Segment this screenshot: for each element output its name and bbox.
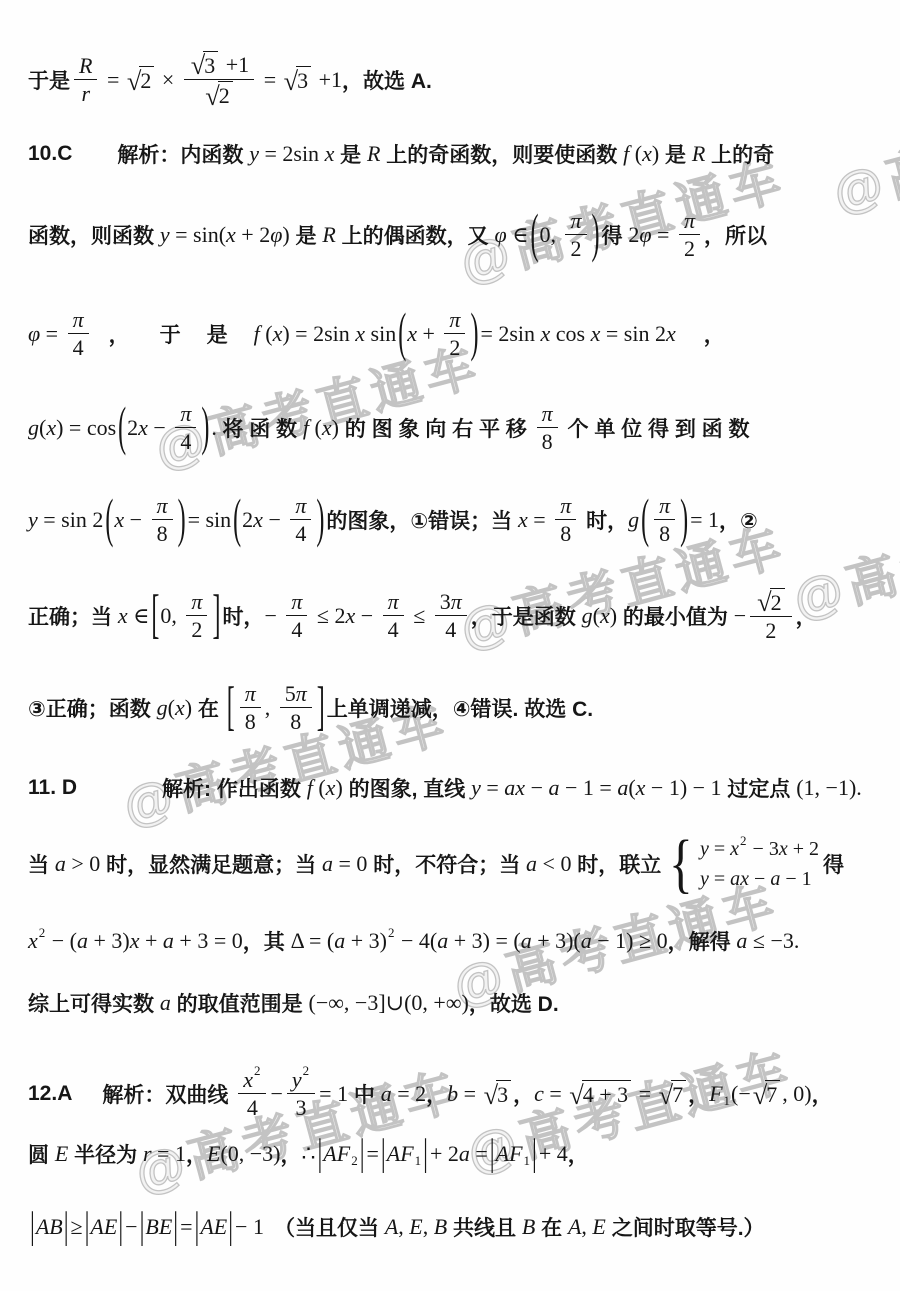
math-run: +1 — [220, 52, 249, 77]
math-letter: a — [504, 775, 515, 800]
open-delimiter: [ — [227, 681, 235, 735]
delimited-content: x + π2 — [407, 307, 469, 361]
math-letter: y — [700, 868, 709, 890]
delimited-content: 0, π2 — [160, 589, 211, 643]
math-letter: g — [628, 507, 639, 532]
brace-icon: { — [669, 836, 693, 892]
text-line: x2 − (a + 3)x + a + 3 = 0，其 Δ = (a + 3)2… — [28, 926, 799, 956]
text-run: ，所以 — [704, 220, 767, 250]
math-run: 4 — [295, 521, 306, 546]
numerator: π — [555, 493, 576, 520]
text-run: ， — [186, 1139, 207, 1169]
math-run: π — [659, 493, 670, 518]
text-run: 的 图 象 向 右 平 移 — [339, 413, 533, 443]
math-letter: x — [642, 141, 652, 166]
math-letter: F — [400, 1141, 413, 1166]
denominator: 2 — [449, 334, 460, 360]
denominator: 4 — [180, 428, 191, 454]
close-delimiter: | — [360, 1135, 365, 1173]
radicand: 2 — [770, 588, 785, 615]
denominator: √2 — [203, 80, 234, 108]
math-run: 4 — [180, 429, 191, 454]
math-letter: x — [130, 928, 140, 953]
math-letter: x — [591, 321, 601, 346]
text-run: 时， — [222, 601, 264, 631]
math-run: AE — [200, 1214, 227, 1240]
math-run: AB — [36, 1214, 63, 1240]
math-run: A, E — [568, 1214, 606, 1240]
math-letter: g — [157, 695, 168, 720]
radicand: 2 — [218, 81, 233, 108]
radical: √4 + 3 — [569, 1080, 631, 1108]
text-run: 12.A — [28, 1082, 72, 1106]
numerator: π — [679, 208, 700, 235]
math-run: a — [160, 990, 171, 1016]
math-run: f (x) — [303, 415, 339, 441]
math-run: 2 — [140, 68, 151, 94]
math-letter: f — [307, 775, 313, 800]
math-letter: B — [145, 1214, 158, 1239]
text-run: 函数，则函数 — [28, 220, 160, 250]
denominator: 2 — [684, 235, 695, 261]
math-run: − (a + 3)x + a + 3 = 0 — [46, 928, 242, 954]
math-letter: a — [548, 775, 559, 800]
math-run: r = 1 — [143, 1141, 186, 1167]
math-run: 2 — [219, 83, 230, 108]
denominator: r — [81, 80, 90, 106]
math-letter: E — [55, 1141, 68, 1166]
numerator: π — [152, 493, 173, 520]
delimited-content: 0, π2 — [539, 208, 590, 262]
text-run: 的最小值为 — [617, 601, 734, 631]
radicand: 7 — [765, 1080, 780, 1108]
radicand: 7 — [671, 1080, 686, 1108]
delimited-content: AF1 — [387, 1141, 422, 1167]
math-letter: a — [521, 928, 532, 953]
math-letter: x — [355, 321, 365, 346]
math-run: = — [101, 67, 124, 93]
math-letter: b — [447, 1081, 458, 1106]
math-letter: x — [322, 415, 332, 440]
math-letter: A — [36, 1214, 49, 1239]
numerator: π — [654, 493, 675, 520]
math-run: 4 — [291, 617, 302, 642]
math-run: g(x) = cos — [28, 415, 116, 441]
text-run: 在 — [192, 693, 225, 723]
open-delimiter: | — [317, 1135, 322, 1173]
open-delimiter: ( — [233, 493, 241, 547]
math-run: BE — [145, 1214, 172, 1240]
math-run: g(x) — [582, 603, 617, 629]
math-letter: a — [381, 1081, 392, 1106]
math-run: g — [628, 507, 639, 533]
math-letter: π — [245, 681, 256, 706]
text-run: 是 — [207, 319, 228, 349]
fraction: Rr — [74, 53, 97, 107]
close-delimiter: ] — [317, 681, 325, 735]
math-letter: y — [249, 141, 259, 166]
math-letter: a — [736, 928, 747, 953]
math-letter: φ — [495, 222, 507, 247]
numerator: 5π — [280, 681, 312, 708]
text-run: 解析: 作出函数 — [162, 773, 307, 803]
text-run: 时，不符合；当 — [367, 849, 526, 879]
math-letter: π — [570, 208, 581, 233]
math-run: 2 — [571, 236, 582, 261]
math-run: π — [542, 401, 553, 426]
math-run: 3 — [204, 53, 215, 78]
sub-script: 1 — [415, 1153, 422, 1169]
text-run: 综上可得实数 — [28, 988, 160, 1018]
math-run: (−∞, −3]∪(0, +∞) — [309, 990, 469, 1016]
math-letter: π — [542, 401, 553, 426]
math-run: = — [180, 1214, 192, 1240]
close-delimiter: ) — [470, 307, 478, 361]
math-run: E(0, −3) — [207, 1141, 281, 1167]
radicand: 3 — [203, 51, 218, 78]
radical: √3 — [191, 51, 218, 78]
open-delimiter: ( — [641, 493, 649, 547]
math-run: 2 — [449, 335, 460, 360]
text-line: 于是Rr = √2 × √3 +1√2 = √3 +1，故选 A. — [28, 51, 432, 109]
math-letter: a — [581, 928, 592, 953]
close-delimiter: | — [173, 1208, 178, 1246]
math-run: π — [291, 589, 302, 614]
delimited-content: π8 — [650, 493, 679, 547]
math-run: 7 — [766, 1082, 777, 1108]
radical-sign-icon: √ — [205, 83, 219, 109]
radical-sign-icon: √ — [757, 589, 771, 615]
math-letter: x — [779, 838, 788, 860]
text-run: ， — [796, 601, 817, 631]
math-run: = sin — [188, 507, 232, 533]
math-letter: a — [163, 928, 174, 953]
text-run: 上的偶函数，又 — [336, 220, 495, 250]
text-run: （当且仅当 — [274, 1212, 385, 1242]
math-run: − — [270, 1081, 282, 1107]
math-letter: r — [143, 1141, 152, 1166]
fraction: π2 — [679, 208, 700, 262]
close-delimiter: ] — [212, 589, 220, 643]
math-run: F — [709, 1081, 722, 1107]
radicand: 3 — [296, 66, 311, 94]
math-run: 2x − — [127, 415, 171, 441]
math-run: 8 — [245, 709, 256, 734]
delimited-group: (x + π2) — [398, 307, 478, 361]
text-line: 正确；当 x ∈[0, π2]时，− π4 ≤ 2x − π4 ≤ 3π4，于是… — [28, 588, 817, 644]
math-run: 8 — [542, 429, 553, 454]
open-delimiter: ( — [530, 208, 538, 262]
math-run: 3 — [297, 68, 308, 94]
text-run: 正确；当 — [28, 601, 118, 631]
math-run: AF — [496, 1141, 523, 1167]
math-run: × — [156, 67, 179, 93]
math-run: . — [211, 415, 222, 441]
math-letter: x — [46, 415, 56, 440]
text-run: 上单调递减，④错误. 故选 C. — [327, 693, 593, 723]
math-letter: x — [175, 695, 185, 720]
text-run: 时，联立 — [571, 849, 661, 879]
math-run: 2x − — [242, 507, 286, 533]
text-line: 当 a > 0 时，显然满足题意；当 a = 0 时，不符合；当 a < 0 时… — [28, 836, 844, 892]
scanned-answer-page: @高考直通车 @高考直通车 @高考直通车 @高考直通车 @高考直通车 @高考直通… — [0, 0, 900, 1291]
sup-script: 2 — [254, 1064, 261, 1079]
delimited-group: [π8, 5π8] — [227, 681, 325, 735]
numerator: π — [68, 307, 89, 334]
delimited-group: |AF1| — [381, 1141, 428, 1167]
math-run: π — [449, 307, 460, 332]
text-line: ③正确；函数 g(x) 在 [π8, 5π8]上单调递减，④错误. 故选 C. — [28, 681, 593, 735]
math-letter: y — [471, 775, 481, 800]
math-letter: B — [522, 1214, 535, 1239]
delimited-content: x − π8 — [114, 493, 176, 547]
text-run: 解析：双曲线 — [102, 1079, 234, 1109]
math-run: 8 — [560, 521, 571, 546]
fraction: π4 — [68, 307, 89, 361]
math-letter: E — [592, 1214, 605, 1239]
denominator: 8 — [560, 520, 571, 546]
close-delimiter: ) — [316, 493, 324, 547]
math-letter: x — [541, 321, 551, 346]
delimited-group: |AE| — [195, 1214, 234, 1240]
sup-script: 2 — [740, 833, 747, 849]
fraction: 3π4 — [435, 589, 467, 643]
open-delimiter: ( — [398, 307, 406, 361]
math-run: a ≤ −3. — [736, 928, 799, 954]
math-run: B — [522, 1214, 535, 1240]
fraction: π8 — [537, 401, 558, 455]
math-run: , 0) — [782, 1081, 811, 1107]
math-letter: π — [296, 681, 307, 706]
math-letter: x — [138, 415, 148, 440]
math-run: 3 — [497, 1082, 508, 1108]
math-letter: a — [334, 928, 345, 953]
math-run: − — [734, 603, 746, 629]
math-letter: π — [180, 401, 191, 426]
math-letter: f — [623, 141, 629, 166]
system-rows: y = x2 − 3x + 2y = ax − a − 1 — [700, 838, 819, 891]
math-letter: A — [568, 1214, 581, 1239]
text-run: 的取值范围是 — [171, 988, 309, 1018]
math-run: 8 — [659, 521, 670, 546]
numerator: π — [240, 681, 261, 708]
delimited-content: AF2 — [323, 1141, 358, 1167]
denominator: 4 — [73, 334, 84, 360]
math-letter: A — [496, 1141, 509, 1166]
sub-script: 1 — [724, 1093, 731, 1109]
open-delimiter: | — [490, 1135, 495, 1173]
delimited-content: 2x − π4 — [127, 401, 200, 455]
text-run: ，故选 D. — [469, 988, 559, 1018]
sub-script: 1 — [524, 1153, 531, 1169]
math-letter: r — [81, 81, 90, 106]
math-run: π — [191, 589, 202, 614]
numerator: π — [383, 589, 404, 616]
numerator: π — [175, 401, 196, 428]
math-letter: f — [254, 321, 260, 346]
delimited-group: (x − π8) — [105, 493, 185, 547]
math-run: = 1 — [690, 507, 719, 533]
open-delimiter: | — [195, 1208, 200, 1246]
text-run: 的图象, 直线 — [343, 773, 471, 803]
math-letter: a — [160, 990, 171, 1015]
equation-system: {y = x2 − 3x + 2y = ax − a − 1 — [665, 836, 819, 892]
math-letter: F — [337, 1141, 350, 1166]
delimited-group: (π8) — [641, 493, 688, 547]
math-run: 4 — [247, 1095, 258, 1120]
close-delimiter: | — [64, 1208, 69, 1246]
sup-script: 2 — [39, 925, 46, 941]
numerator: π — [286, 589, 307, 616]
radical: √3 — [284, 66, 311, 94]
text-line: g(x) = cos(2x − π4). 将 函 数 f (x) 的 图 象 向… — [28, 401, 750, 455]
math-run: x — [28, 928, 38, 954]
denominator: 8 — [157, 520, 168, 546]
delimited-group: |AF2| — [317, 1141, 364, 1167]
text-run: 上的奇函数，则要使函数 — [380, 139, 623, 169]
math-run: ≤ — [408, 603, 431, 629]
math-letter: x — [345, 603, 355, 628]
math-letter: R — [322, 222, 335, 247]
text-run: ，② — [719, 505, 758, 535]
math-run: π — [560, 493, 571, 518]
delimited-group: |AB| — [30, 1214, 69, 1240]
close-delimiter: | — [118, 1208, 123, 1246]
delimited-group: |BE| — [140, 1214, 179, 1240]
delimited-group: |AF1| — [490, 1141, 537, 1167]
math-run: +1 — [313, 67, 342, 93]
math-run: π — [684, 208, 695, 233]
numerator: π — [290, 493, 311, 520]
math-letter: x — [325, 141, 335, 166]
math-run: R — [367, 141, 380, 167]
text-run: 是 — [334, 139, 367, 169]
math-letter: x — [666, 321, 676, 346]
math-letter: B — [434, 1214, 447, 1239]
math-run: 5π — [285, 681, 307, 706]
text-run: 之间时取等号.） — [606, 1212, 765, 1242]
math-letter: a — [437, 928, 448, 953]
text-run: 将 函 数 — [222, 413, 303, 443]
math-letter: E — [159, 1214, 172, 1239]
sub-script: 2 — [351, 1153, 358, 1169]
math-run: − 4(a + 3) = (a + 3)(a − 1) ≥ 0 — [396, 928, 668, 954]
math-letter: x — [636, 775, 646, 800]
text-run: ， — [109, 319, 130, 349]
close-delimiter: ) — [201, 401, 209, 455]
denominator: 8 — [290, 708, 301, 734]
text-run: 个 单 位 得 到 函 数 — [562, 413, 750, 443]
math-run: 7 — [672, 1082, 683, 1108]
delimited-content: AF1 — [496, 1141, 531, 1167]
fraction: y23 — [287, 1067, 315, 1121]
text-run: 解析：内函数 — [117, 139, 249, 169]
math-letter: a — [730, 868, 740, 890]
delimited-content: AE — [90, 1214, 117, 1240]
math-run: Δ = (a + 3) — [291, 928, 387, 954]
math-letter: π — [451, 589, 462, 614]
fraction: π8 — [152, 493, 173, 547]
math-run: ≥ — [71, 1214, 83, 1240]
math-letter: A — [385, 1214, 398, 1239]
math-letter: x — [114, 507, 124, 532]
text-run: 10.C — [28, 142, 72, 166]
math-run: 2 — [684, 236, 695, 261]
math-run: 2 — [771, 590, 782, 615]
math-run: − — [125, 1214, 137, 1240]
math-letter: g — [582, 603, 593, 628]
math-letter: c — [534, 1081, 544, 1106]
system-row: y = ax − a − 1 — [700, 868, 812, 891]
numerator: y2 — [287, 1067, 315, 1094]
math-letter: R — [79, 53, 92, 78]
math-letter: x — [28, 928, 38, 953]
delimited-content: BE — [145, 1214, 172, 1240]
math-letter: E — [207, 1141, 220, 1166]
denominator: 4 — [295, 520, 306, 546]
math-letter: a — [322, 851, 333, 876]
fraction: 5π8 — [280, 681, 312, 735]
math-letter: y — [700, 838, 709, 860]
text-line: 12.A解析：双曲线 x24−y23= 1 中 a = 2，b = √3，c =… — [28, 1067, 833, 1121]
open-delimiter: | — [85, 1208, 90, 1246]
fraction: π4 — [286, 589, 307, 643]
math-run: y = sin(x + 2φ) — [160, 222, 290, 248]
numerator: π — [444, 307, 465, 334]
math-run: 0, — [160, 603, 182, 629]
math-letter: φ — [28, 321, 40, 346]
text-run: 当 — [28, 849, 55, 879]
text-run: 时，显然满足题意；当 — [100, 849, 322, 879]
math-run: AF — [387, 1141, 414, 1167]
text-line: 圆 E 半径为 r = 1，E(0, −3)，∴|AF2|=|AF1|+ 2a … — [28, 1139, 589, 1169]
math-run: y = x — [700, 838, 739, 861]
numerator: √3 +1 — [184, 51, 254, 80]
delimited-group: (2x − π4) — [118, 401, 209, 455]
math-letter: a — [526, 851, 537, 876]
sup-script: 2 — [388, 925, 395, 941]
numerator: 3π — [435, 589, 467, 616]
math-letter: y — [28, 507, 38, 532]
math-run: 2 — [765, 618, 776, 643]
denominator: 4 — [291, 616, 302, 642]
math-run: x = — [518, 507, 551, 533]
math-run: x — [243, 1067, 253, 1092]
math-letter: B — [49, 1214, 62, 1239]
radical: √2 — [757, 588, 784, 615]
math-letter: π — [295, 493, 306, 518]
math-letter: g — [28, 415, 39, 440]
math-run: = 2sin x cos x = sin 2x — [480, 321, 675, 347]
math-run: = — [258, 67, 281, 93]
text-run: ， — [568, 1139, 589, 1169]
delimited-content: AB — [36, 1214, 63, 1240]
text-run: ，故选 A. — [342, 65, 432, 95]
numerator: √2 — [750, 588, 791, 617]
text-run: 得 — [602, 220, 629, 250]
math-run: f (x) = 2sin x sin — [254, 321, 397, 347]
math-run: x ∈ — [118, 603, 150, 629]
fraction: π2 — [565, 208, 586, 262]
close-delimiter: | — [423, 1135, 428, 1173]
math-run: = 1 — [319, 1081, 348, 1107]
math-letter: x — [253, 507, 263, 532]
text-line: φ = π4，于是f (x) = 2sin x sin(x + π2)= 2si… — [28, 307, 725, 361]
open-delimiter: | — [140, 1208, 145, 1246]
math-letter: π — [191, 589, 202, 614]
math-letter: E — [104, 1214, 117, 1239]
fraction: π8 — [555, 493, 576, 547]
